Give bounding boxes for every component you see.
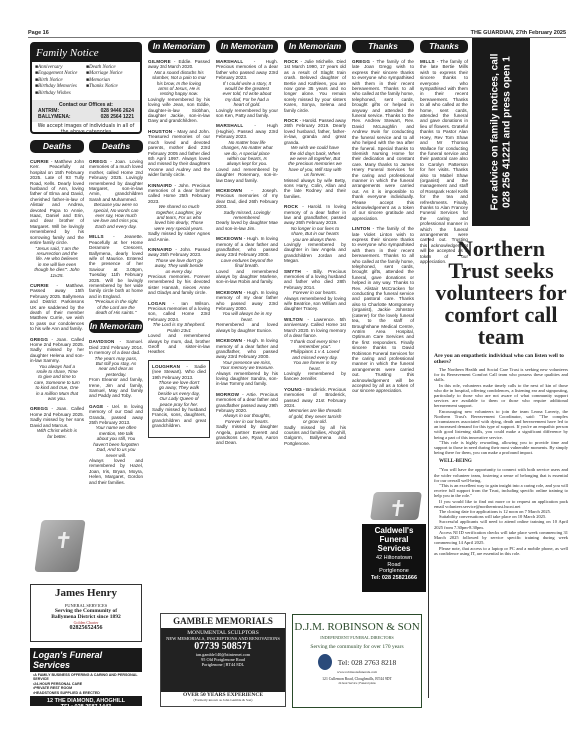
notice-surname: HOUSTON — [148, 129, 172, 134]
page-number: Page 16 — [28, 30, 49, 36]
notice-entry: WILTON - Lawrence. 5th anniversary. Call… — [284, 317, 346, 382]
crest-icon — [318, 654, 332, 670]
ad-phone: Tel: 028 25821666 — [362, 575, 426, 582]
notice-surname: MARSHALL — [216, 123, 243, 128]
notice-surname: WILTON — [284, 317, 303, 322]
notice-signoff: Lovingly remembered by fiancee Jennifer. — [284, 371, 346, 382]
notice-verse: Memories are like threads of gold, they … — [284, 408, 346, 424]
contact-box: Contact our Offices at: ANTRIM:028 9446 … — [32, 100, 140, 122]
notice-entry: LOGAN - Ian Wilson. Precious memories of… — [148, 301, 210, 355]
notice-signoff: Sadly missed by husband Francis, sons, d… — [152, 407, 206, 429]
notice-entry: MCKEOWN - Hugh. In loving memory of a de… — [216, 236, 278, 285]
ad-bullets: •A FAMILY BUSINESS OFFERING A CARING AND… — [30, 672, 142, 696]
section-band-in-memoriam: In Memoriam — [284, 40, 346, 53]
notice-verse: Your presence we miss, Your memory we tr… — [216, 360, 278, 371]
notice-text: - Matthew. Passed away 15th February 202… — [30, 283, 84, 331]
notice-entry: ROCK - Harold. Passed away 26th February… — [284, 118, 346, 199]
notice-surname: ROCK — [284, 59, 298, 64]
notice-surname: LOUGHRAN — [152, 364, 180, 369]
notice-entry: SMYTH - Billy. Precious memories of a lo… — [284, 269, 346, 312]
notice-entry: MORROW - Artie. Precious memories of a d… — [216, 392, 278, 446]
notice-entry: YOUNG - Broderick. Precious memories of … — [284, 387, 346, 446]
notice-verse: Always in our thoughts, Forever in our h… — [216, 413, 278, 424]
notice-text: - Jeanette. Peacefully at her Home Deram… — [89, 234, 143, 298]
article-body: The Northern Health and Social Care Trus… — [434, 367, 568, 556]
notice-signoff: Lovingly remembered by his loving wife J… — [148, 97, 210, 124]
notice-entry: MCKEOWN - Hugh. In loving memory of my d… — [216, 290, 278, 333]
notice-surname: MCKEOWN — [216, 290, 242, 295]
bible-illustration — [34, 520, 85, 572]
family-notices-advice-ad: For advice on family notices, call028 25… — [472, 38, 530, 226]
notice-verse: "Precious in the sight of the Lord are t… — [89, 299, 143, 315]
article-standfirst: Are you an empathetic individual who can… — [434, 353, 568, 365]
category-list: AnniversaryDeath NoticeEngagement Notice… — [32, 62, 140, 100]
notice-entry: GREGG - Joan. Called Home 2nd February 2… — [30, 337, 84, 402]
djm-robinson-ad: D.J.M. ROBINSON & SON INDEPENDENT FUNERA… — [292, 614, 422, 708]
ad-phone: 02825652456 — [31, 625, 141, 631]
notice-verse: Your name we often mention, We talk abou… — [89, 425, 143, 457]
notice-verse: Not a sound disturbs his slumber, Not a … — [148, 70, 210, 97]
notice-surname: GREGG — [30, 337, 48, 342]
notice-signoff: Always remembered by loving wife Beatric… — [284, 296, 346, 312]
advice-phone-line: 028 256 41221 and press open 1 — [501, 56, 512, 208]
notice-surname: MCKEOWN — [216, 188, 242, 193]
notice-surname: MILLS — [89, 234, 104, 239]
notice-verse: You will always be in my heart. — [216, 311, 278, 322]
ballymena-label: BALLYMENA: — [38, 114, 71, 120]
notice-entry: KINNAIRD - John. Passed away 25th Februa… — [148, 247, 210, 296]
bible-illustration — [370, 492, 422, 520]
caldwells-funeral-ad: Caldwell's Funeral Services 42 Hiltonsto… — [362, 524, 426, 592]
section-band-in-memoriam: In Memoriam — [148, 40, 210, 53]
notice-text: - The family of the late Violet Linton w… — [352, 226, 414, 393]
notice-entry: MILLS - The family of the late Bertie Mi… — [420, 59, 468, 264]
ad-name: James Henry — [31, 587, 141, 599]
notice-verse: With Christ which is far better. — [30, 428, 84, 439]
notice-surname: MORROW — [216, 392, 239, 397]
notice-verse: Love endures beyond the final breath. — [216, 258, 278, 269]
notice-entry: GAGE - Uel. In loving memory of our Dad … — [89, 404, 143, 485]
notice-signoff: From Eleanor and family, Irene, Jim and … — [89, 377, 143, 399]
notice-verse: The years may pass, But still you stay, … — [89, 356, 143, 378]
notice-entry: ROCK - Julie Michelle. Died 1st March 19… — [284, 59, 346, 113]
notice-text: - Julie Michelle. Died 1st March 1990, 1… — [284, 59, 346, 113]
section-band-in-memoriam: In Memoriam — [89, 320, 143, 333]
ad-sub: INDEPENDENT FUNERAL DIRECTORS — [293, 635, 421, 640]
article-subhead: WELL-BEING — [439, 459, 568, 464]
ad-name: Logan's Funeral Services — [30, 648, 142, 672]
section-band-thanks: Thanks — [352, 40, 414, 53]
notice-signoff: Dearly loved by daughter Mae and son-in-… — [216, 220, 278, 231]
column-memoriam-1: In Memoriam GILMORE - Eddie. Passed away… — [148, 40, 210, 438]
notice-text: - The family of the late Bertie Mills wi… — [420, 59, 468, 264]
notice-entry: KINNAIRD - John. Precious memories of a … — [148, 183, 210, 242]
notice-signoff: Precious memories. Forever remembered by… — [148, 274, 210, 296]
notice-surname: KINNAIRD — [148, 247, 172, 252]
notice-surname: SMYTH — [284, 269, 301, 274]
notice-signoff: Lovingly remembered by daughter in law A… — [284, 242, 346, 264]
article-paragraph: Please note, that access to a laptop or … — [434, 546, 568, 556]
notice-entry: CURRIE - Matthew John Kerr. Peacefully a… — [30, 159, 84, 278]
notice-text: - Joan. Loving memories of a much loved … — [89, 159, 143, 202]
category-item: Thanks Notice — [86, 84, 137, 90]
notice-signoff: Loved and remembered always by mum, dad,… — [148, 333, 210, 355]
notice-surname: MCKEOWN — [216, 338, 242, 343]
notice-surname: GREGG — [352, 59, 370, 64]
article-paragraph: The Northern Health and Social Care Trus… — [434, 367, 568, 383]
notice-verse: Those we love don't go away, They walk b… — [148, 258, 210, 274]
masthead: THE GUARDIAN, 27th February 2025 — [471, 30, 566, 36]
notice-entry: MARSHALL - Hugh (Hughie). Passed away 23… — [216, 123, 278, 182]
notice-surname: ROCK — [284, 204, 298, 209]
notice-entry: GREGG - The family of the late Joan Greg… — [352, 59, 414, 221]
notice-text: - Mary and John. Treasured memories of o… — [148, 129, 210, 177]
ad-phone: Tel: 028 2763 8218 — [338, 658, 396, 667]
notice-surname: MCKEOWN — [216, 236, 242, 241]
notice-verse: "Jesus said, 'I am the resurrection and … — [30, 246, 84, 278]
logans-funeral-ad: Logan's Funeral Services •A FAMILY BUSIN… — [30, 648, 142, 706]
article-paragraph: Successful applicants will need to atten… — [434, 519, 568, 529]
ad-bullet: •A FAMILY BUSINESS OFFERING A CARING AND… — [33, 673, 139, 682]
notice-surname: CURRIE — [30, 159, 49, 164]
notice-verse: No matter how life changes, No matter wh… — [216, 140, 278, 167]
column-deaths-1: Deaths CURRIE - Matthew John Kerr. Peace… — [30, 140, 84, 444]
notice-verse: We shared so much together, Laughter, jo… — [148, 204, 210, 231]
notice-entry: CURRIE - Matthew. Passed away 15th Febru… — [30, 283, 84, 332]
notice-surname: ROCK — [284, 118, 298, 123]
ad-name: Caldwell's — [362, 526, 426, 535]
ad-website: www.robinsonsfunerals.com — [293, 670, 421, 674]
notice-surname: MILLS — [420, 59, 435, 64]
section-band-deaths: Deaths — [30, 140, 84, 153]
notice-surname: GREGG — [89, 159, 107, 164]
notice-signoff: Always remembered by his loving daughter… — [216, 371, 278, 387]
notice-surname: GAGE — [89, 404, 103, 409]
notice-signoff: Sadly missed by daughter Angela, partner… — [216, 424, 278, 446]
ad-tagline: Serving the community for over 170 years — [293, 644, 421, 650]
ad-footer-2: (Formerly known as John Gamble & Son) — [161, 698, 285, 702]
notice-verse: Forever in our hearts. — [284, 290, 346, 295]
notice-verse: The Lord is my Shepherd. Psalm 23v1 — [148, 322, 210, 333]
notice-verse: We wish we could have the old days back,… — [284, 145, 346, 177]
column-thanks-1: Thanks GREGG - The family of the late Jo… — [352, 40, 414, 399]
article-paragraph: Encouraging new volunteers to join the t… — [434, 409, 568, 440]
accept-note: We accept images of individuals in all o… — [32, 122, 140, 138]
column-memoriam-3: In Memoriam ROCK - Julie Michelle. Died … — [284, 40, 346, 451]
section-band-deaths: Deaths — [89, 140, 143, 153]
article-paragraph: In this role, volunteers make timely cal… — [434, 383, 568, 409]
notice-signoff: Sadly missed by all his cousins and fami… — [284, 425, 346, 447]
article-paragraph: "This role is highly rewarding, allowing… — [434, 440, 568, 456]
ad-name-3: Services — [362, 544, 426, 553]
notice-text: - Matthew John Kerr. Peacefully at hospi… — [30, 159, 84, 245]
ad-phone: 07739 508571 — [163, 641, 283, 652]
family-notice-categories: Family Notice Categories AnniversaryDeat… — [30, 42, 142, 134]
article-paragraph: "This is an excellent way to gain insigh… — [434, 483, 568, 499]
news-article: Northern Trust seeks volunteers for comf… — [428, 238, 568, 698]
article-headline: Northern Trust seeks volunteers for comf… — [434, 238, 568, 348]
notice-verse: "I thank God every time I remember you".… — [284, 339, 346, 371]
ad-name: D.J.M. ROBINSON & SON — [293, 621, 421, 633]
notice-entry: LINTON - The family of the late Violet L… — [352, 226, 414, 394]
notice-surname: GREGG — [30, 406, 48, 411]
notice-surname: LINTON — [352, 226, 370, 231]
notice-entry: GREGG - Joan. Loving memories of a much … — [89, 159, 143, 229]
notice-signoff: Loved and remembered always by daughter … — [216, 269, 278, 285]
gamble-memorials-ad: GAMBLE MEMORIALS MONUMENTAL SCULPTORS NE… — [160, 613, 286, 707]
loughran-box: LOUGHRAN - Sadie (nee Stewart). Who died… — [148, 360, 210, 438]
section-band-in-memoriam: In Memoriam — [216, 40, 278, 53]
column-memoriam-2: In Memoriam MARSHALL - Hugh. Precious me… — [216, 40, 278, 451]
notice-verse: Those we love don't go away, They walk b… — [152, 380, 206, 407]
advice-line-1: For advice on family notices, call — [489, 54, 500, 211]
ad-address-2: Portglenone | BT44 8DL — [163, 662, 283, 667]
notice-signoff: Always loved and remembered by Hazel, Jo… — [89, 458, 143, 485]
article-paragraph: Access NI ID verification checks will ta… — [434, 530, 568, 546]
notice-verse: Because you were so special, No words ca… — [89, 202, 143, 229]
notice-entry: MCKEOWN - Joseph. Precious memories of m… — [216, 188, 278, 231]
notice-verse: Sadly missed, Lovingly remembered. — [216, 210, 278, 221]
notice-surname: GILMORE — [148, 59, 171, 64]
notice-signoff: Remembered and loved always by daughter … — [216, 322, 278, 333]
notice-entry: ROCK - Harold. In loving memory of a dea… — [284, 204, 346, 263]
notice-signoff: Lovingly remembered by your son Ken, Pat… — [216, 108, 278, 119]
ballymena-phone: 028 2564 1221 — [101, 114, 134, 120]
notice-entry: DAVIDSON - Samuel. Died 23rd February 20… — [89, 339, 143, 398]
category-item: Birthday Wishes — [35, 91, 86, 97]
page-header: Page 16 THE GUARDIAN, 27th February 2025 — [28, 28, 566, 38]
james-henry-ad: James Henry FUNERAL SERVICES Serving the… — [30, 584, 142, 642]
notice-signoff: Sadly missed by sister Agnes and Annie. — [148, 231, 210, 242]
notice-surname: MARSHALL — [216, 59, 243, 64]
notice-entry: MARSHALL - Hugh. Precious memories of a … — [216, 59, 278, 118]
ad-small-print: 24 hour Service | Funeral plans — [293, 681, 421, 685]
categories-title: Family Notice Categories — [32, 44, 140, 62]
notice-entry: LOUGHRAN - Sadie (nee Stewart). Who died… — [152, 364, 206, 429]
notice-verse: You always had a smile to share, Time to… — [30, 364, 84, 402]
notice-signoff: Loved and remembered by daughter Rosemar… — [216, 167, 278, 183]
notice-text: - The family of the late Joan Gregg wish… — [352, 59, 414, 221]
notice-entry: MILLS - Jeanette. Peacefully at her Home… — [89, 234, 143, 315]
column-deaths-2: Deaths GREGG - Joan. Loving memories of … — [89, 140, 143, 490]
notice-entry: HOUSTON - Mary and John. Treasured memor… — [148, 129, 210, 178]
ad-phone: TEL: 028 2587 1443 — [30, 704, 142, 710]
ad-name-2: Funeral — [362, 535, 426, 544]
notice-verse: If I could write a story, It would be th… — [216, 81, 278, 108]
article-paragraph: "You will have the opportunity to connec… — [434, 467, 568, 483]
notice-surname: KINNAIRD — [148, 183, 172, 188]
notice-signoff: Missed always by wife Betty, sons Harry,… — [284, 178, 346, 200]
ad-name: GAMBLE MEMORIALS — [161, 614, 285, 628]
section-band-thanks: Thanks — [420, 40, 468, 53]
notice-entry: GILMORE - Eddie. Passed away 3rd March 2… — [148, 59, 210, 124]
notice-entry: MCKEOWN - Hugh. In loving memory of a de… — [216, 338, 278, 387]
notice-surname: CURRIE — [30, 283, 49, 288]
article-paragraph: If you would like to find out more or to… — [434, 499, 568, 509]
notice-verse: No longer in our lives to share, But in … — [284, 226, 346, 242]
notice-surname: YOUNG — [284, 387, 302, 392]
notice-surname: DAVIDSON — [89, 339, 115, 344]
ad-bullet: •HEADSTONES SUPPLIED & ERECTED — [33, 691, 139, 695]
notice-entry: GREGG - Joan. Called Home 2nd February 2… — [30, 406, 84, 438]
notice-surname: LOGAN — [148, 301, 166, 306]
